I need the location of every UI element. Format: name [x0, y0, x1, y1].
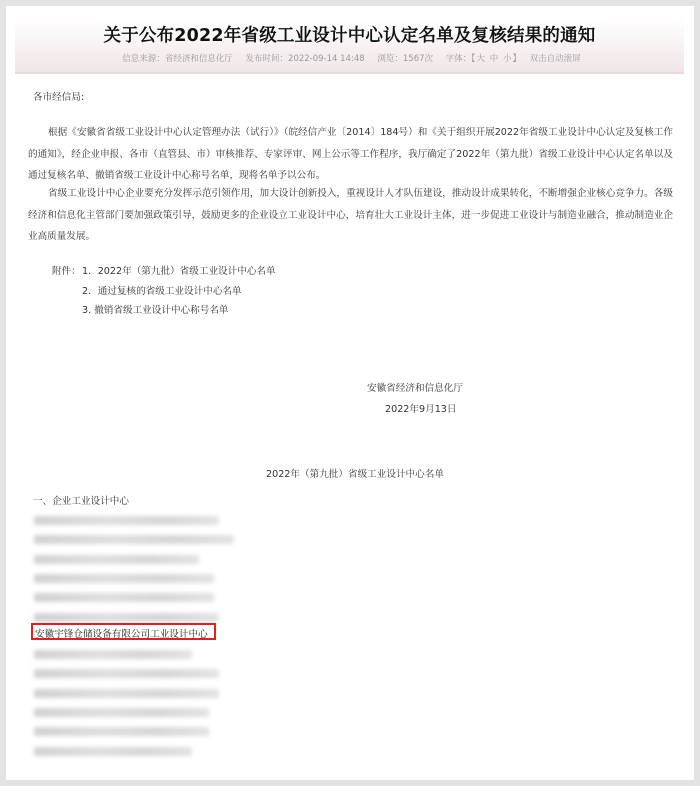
meta-source: 信息来源：省经济和信息化厅 — [122, 54, 233, 64]
blurred-company-entry — [34, 613, 219, 622]
blurred-company-entry — [34, 747, 192, 756]
blurred-company-entry — [34, 669, 219, 678]
blurred-company-entry — [34, 574, 214, 583]
font-medium-link[interactable]: 中 — [490, 54, 499, 64]
attachment-3[interactable]: 3. 撤销省级工业设计中心称号名单 — [82, 302, 229, 316]
attachment-2[interactable]: 2．通过复核的省级工业设计中心名单 — [82, 283, 242, 297]
blurred-company-entry — [34, 555, 199, 564]
blurred-company-entry — [34, 708, 209, 717]
salutation: 各市经信局: — [33, 89, 84, 103]
meta-views: 浏览：1567次 — [377, 54, 433, 64]
blurred-company-entry — [34, 650, 192, 659]
section-heading: 一、企业工业设计中心 — [33, 493, 129, 507]
attachments-label: 附件： — [52, 263, 81, 277]
blurred-company-entry — [34, 516, 219, 525]
blurred-company-entry — [34, 689, 219, 698]
font-small-link[interactable]: 小 — [503, 54, 512, 64]
signature-date: 2022年9月13日 — [385, 401, 457, 415]
list-title: 2022年（第九批）省级工业设计中心名单 — [266, 466, 444, 480]
blurred-company-entry — [34, 727, 209, 736]
attachment-1[interactable]: 1．2022年（第九批）省级工业设计中心名单 — [82, 263, 276, 277]
article-title: 关于公布2022年省级工业设计中心认定名单及复核结果的通知 — [15, 22, 684, 47]
font-size-controls: 字体：【大 中 小】 — [446, 54, 521, 64]
signature-org: 安徽省经济和信息化厅 — [367, 380, 463, 394]
paragraph-1: 根据《安徽省省级工业设计中心认定管理办法（试行）》（皖经信产业〔2014〕184… — [28, 122, 673, 187]
paragraph-2: 省级工业设计中心企业要充分发挥示范引领作用，加大设计创新投入，重视设计人才队伍建… — [28, 183, 673, 248]
highlighted-company: 安徽宇锋仓储设备有限公司工业设计中心 — [35, 626, 208, 640]
auto-scroll-link[interactable]: 双击自动滚屏 — [530, 54, 581, 64]
article-header: 关于公布2022年省级工业设计中心认定名单及复核结果的通知 信息来源：省经济和信… — [15, 18, 684, 74]
meta-published: 发布时间：2022-09-14 14:48 — [246, 54, 365, 64]
blurred-company-entry — [34, 593, 214, 602]
article-meta: 信息来源：省经济和信息化厅 发布时间：2022-09-14 14:48 浏览：1… — [15, 52, 684, 64]
blurred-company-entry — [34, 535, 234, 544]
font-large-link[interactable]: 大 — [477, 54, 486, 64]
